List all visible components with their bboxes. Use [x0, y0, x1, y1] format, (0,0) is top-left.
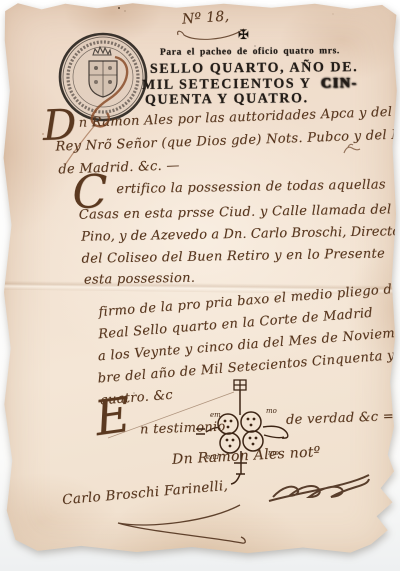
manuscript-page: Nº 18, ✠ Para el pacheo de oficio quatro — [2, 1, 398, 561]
maltese-cross-ornament: ✠ — [238, 27, 249, 43]
body-line: ertifico la possession de todas aquellas — [116, 177, 386, 197]
body-line: Casas en esta prsse Ciud. y Calle llamad… — [79, 202, 392, 222]
marginal-ink-mark — [340, 139, 364, 163]
sello-line-2-smudged: CIN- — [321, 76, 358, 91]
body-line: esta possession. — [84, 271, 196, 288]
printed-fee-line: Para el pacheo de oficio quatro mrs. — [160, 46, 340, 58]
certification-paragraph: C ertifico la possession de todas aquell… — [62, 163, 394, 289]
photograph-background: { "page": { "number_label": "Nº 18,", "o… — [0, 0, 400, 571]
sign-mark: em — [210, 411, 221, 419]
notary-rubric-flourish — [265, 461, 373, 507]
ink-specks — [2, 1, 4, 3]
sello-line-1: SELLO QUARTO, AÑO DE. — [150, 60, 358, 78]
intro-line: n Ramon Ales por las auttoridades Apca y… — [78, 105, 392, 131]
body-line: del Coliseo del Buen Retiro y en lo Pres… — [81, 246, 385, 266]
sign-mark: mo — [266, 407, 277, 415]
notarial-sign-cross-top — [234, 380, 246, 390]
notary-right-text: de verdad &c = — [286, 409, 394, 428]
notarial-sign-right-swash — [263, 426, 288, 438]
manuscript-photo: Nº 18, ✠ Para el pacheo de oficio quatro — [0, 0, 400, 571]
body-line: Pino, y de Azevedo a Dn. Carlo Broschi, … — [81, 224, 400, 245]
broschi-signature-swash — [100, 499, 252, 551]
notarial-sign-left-swash — [196, 428, 220, 434]
